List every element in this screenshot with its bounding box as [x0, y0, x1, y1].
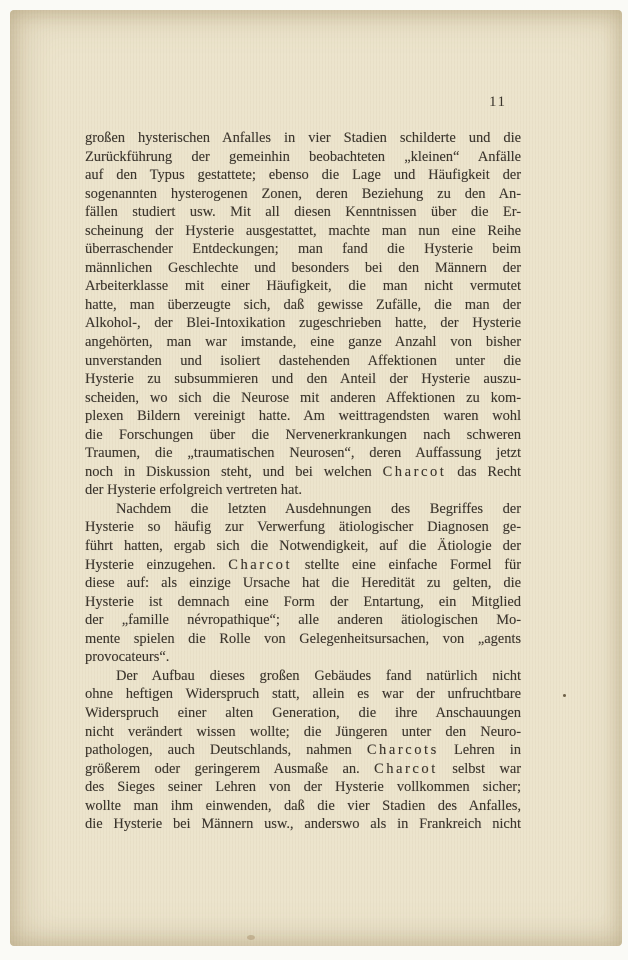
text-line: überraschender Entdeckungen; man fand di…	[85, 240, 521, 259]
scanner-background: { "page": { "number": "11", "paragraphs"…	[0, 0, 628, 960]
text-segment: Der Aufbau dieses großen Gebäudes fand n…	[116, 668, 521, 684]
text-segment: Hysterie ist demnach eine Form der Entar…	[85, 594, 521, 610]
text-segment: großen hysterischen Anfalles in vier Sta…	[85, 130, 521, 146]
text-segment: mente spielen die Rolle von Gelegenheits…	[85, 631, 521, 647]
text-line: männlichen Geschlechte und besonders bei…	[85, 259, 521, 278]
text-segment: der Hysterie erfolgreich vertreten hat.	[85, 482, 302, 498]
paper-stain	[247, 935, 255, 940]
text-line: fällen studiert usw. Mit all diesen Kenn…	[85, 203, 521, 222]
text-segment: sogenannten hysterogenen Zonen, deren Be…	[85, 186, 521, 202]
text-line: Hysterie einzugehen. Charcot stellte ein…	[85, 556, 521, 575]
text-line: der „famille névropathique“; alle andere…	[85, 611, 521, 630]
text-line: größerem oder geringerem Ausmaße an. Cha…	[85, 760, 521, 779]
text-line: führt hatten, ergab sich die Notwendigke…	[85, 537, 521, 556]
text-line: sogenannten hysterogenen Zonen, deren Be…	[85, 185, 521, 204]
text-line: Traumen, die „traumatischen Neurosen“, d…	[85, 444, 521, 463]
letterspaced-name: Charcot	[383, 464, 447, 480]
text-segment: plexen Bildern vereinigt hatte. Am weitt…	[85, 408, 521, 424]
text-segment: nicht verändert wissen wollte; die Jünge…	[85, 724, 521, 740]
text-line: hatte, man überzeugte sich, daß gewisse …	[85, 296, 521, 315]
text-segment: die Hysterie bei Männern usw., anderswo …	[85, 816, 521, 832]
text-segment: provocateurs“.	[85, 649, 169, 665]
text-line: scheinung der Hysterie ausgestattet, mac…	[85, 222, 521, 241]
text-line: Nachdem die letzten Ausdehnungen des Beg…	[85, 500, 521, 519]
text-line: Widerspruch einer alten Generation, die …	[85, 704, 521, 723]
text-segment: scheinung der Hysterie ausgestattet, mac…	[85, 223, 521, 239]
text-segment: unverstanden und isoliert dastehenden Af…	[85, 353, 521, 369]
paper-speck	[563, 694, 566, 697]
letterspaced-name: Charcots	[367, 742, 439, 758]
text-segment: Nachdem die letzten Ausdehnungen des Beg…	[116, 501, 521, 517]
text-segment: noch in Diskussion steht, und bei welche…	[85, 464, 383, 480]
text-segment: männlichen Geschlechte und besonders bei…	[85, 260, 521, 276]
text-segment: Widerspruch einer alten Generation, die …	[85, 705, 521, 721]
text-line: großen hysterischen Anfalles in vier Sta…	[85, 129, 521, 148]
text-line: Zurückführung der gemeinhin beobachteten…	[85, 148, 521, 167]
text-line: noch in Diskussion steht, und bei welche…	[85, 463, 521, 482]
text-line: Hysterie zu subsummieren und den Anteil …	[85, 370, 521, 389]
page-text-block: großen hysterischen Anfalles in vier Sta…	[85, 129, 521, 834]
text-segment: wollte man ihm einwenden, daß die vier S…	[85, 798, 521, 814]
text-line: wollte man ihm einwenden, daß die vier S…	[85, 797, 521, 816]
letterspaced-name: Charcot	[374, 761, 438, 777]
text-line: auf den Typus gestattete; ebenso die Lag…	[85, 166, 521, 185]
text-segment: pathologen, auch Deutschlands, nahmen	[85, 742, 367, 758]
text-line: Arbeiterklasse mit einer Häufigkeit, die…	[85, 277, 521, 296]
text-segment: ohne heftigen Widerspruch statt, allein …	[85, 686, 521, 702]
text-segment: Lehren in	[439, 742, 521, 758]
text-segment: Hysterie zu subsummieren und den Anteil …	[85, 371, 521, 387]
text-line: ohne heftigen Widerspruch statt, allein …	[85, 685, 521, 704]
letterspaced-name: Charcot	[228, 557, 292, 573]
text-segment: auf den Typus gestattete; ebenso die Lag…	[85, 167, 521, 183]
text-segment: Traumen, die „traumatischen Neurosen“, d…	[85, 445, 521, 461]
text-segment: angehörten, man war imstande, eine ganze…	[85, 334, 521, 350]
text-line: diese auf: als einzige Ursache hat die H…	[85, 574, 521, 593]
scanned-book-page: 11 großen hysterischen Anfalles in vier …	[10, 10, 622, 946]
text-line: Hysterie ist demnach eine Form der Entar…	[85, 593, 521, 612]
text-line: die Forschungen über die Nervenerkrankun…	[85, 426, 521, 445]
text-line: Der Aufbau dieses großen Gebäudes fand n…	[85, 667, 521, 686]
text-line: des Sieges seiner Lehren von der Hysteri…	[85, 778, 521, 797]
text-segment: scheiden, wo sich die Neurose mit andere…	[85, 390, 521, 406]
text-segment: fällen studiert usw. Mit all diesen Kenn…	[85, 204, 521, 220]
text-segment: das Recht	[446, 464, 521, 480]
text-segment: stellte eine einfache Formel für	[292, 557, 521, 573]
text-line: unverstanden und isoliert dastehenden Af…	[85, 352, 521, 371]
text-line: pathologen, auch Deutschlands, nahmen Ch…	[85, 741, 521, 760]
text-segment: überraschender Entdeckungen; man fand di…	[85, 241, 521, 257]
text-segment: der „famille névropathique“; alle andere…	[85, 612, 521, 628]
text-segment: hatte, man überzeugte sich, daß gewisse …	[85, 297, 521, 313]
text-segment: selbst war	[438, 761, 521, 777]
text-segment: Hysterie einzugehen.	[85, 557, 228, 573]
text-line: Alkohol-, der Blei-Intoxikation zugeschr…	[85, 314, 521, 333]
text-line: provocateurs“.	[85, 648, 521, 667]
text-line: Hysterie so häufig zur Verwerfung ätiolo…	[85, 518, 521, 537]
text-segment: Zurückführung der gemeinhin beobachteten…	[85, 149, 521, 165]
text-segment: Alkohol-, der Blei-Intoxikation zugeschr…	[85, 315, 521, 331]
text-segment: des Sieges seiner Lehren von der Hysteri…	[85, 779, 521, 795]
text-line: scheiden, wo sich die Neurose mit andere…	[85, 389, 521, 408]
page-number: 11	[489, 94, 506, 111]
text-line: angehörten, man war imstande, eine ganze…	[85, 333, 521, 352]
text-segment: diese auf: als einzige Ursache hat die H…	[85, 575, 521, 591]
text-line: mente spielen die Rolle von Gelegenheits…	[85, 630, 521, 649]
text-segment: die Forschungen über die Nervenerkrankun…	[85, 427, 521, 443]
text-line: der Hysterie erfolgreich vertreten hat.	[85, 481, 521, 500]
text-segment: größerem oder geringerem Ausmaße an.	[85, 761, 374, 777]
text-segment: Arbeiterklasse mit einer Häufigkeit, die…	[85, 278, 521, 294]
text-segment: Hysterie so häufig zur Verwerfung ätiolo…	[85, 519, 521, 535]
text-line: die Hysterie bei Männern usw., anderswo …	[85, 815, 521, 834]
text-line: plexen Bildern vereinigt hatte. Am weitt…	[85, 407, 521, 426]
text-segment: führt hatten, ergab sich die Notwendigke…	[85, 538, 521, 554]
text-line: nicht verändert wissen wollte; die Jünge…	[85, 723, 521, 742]
